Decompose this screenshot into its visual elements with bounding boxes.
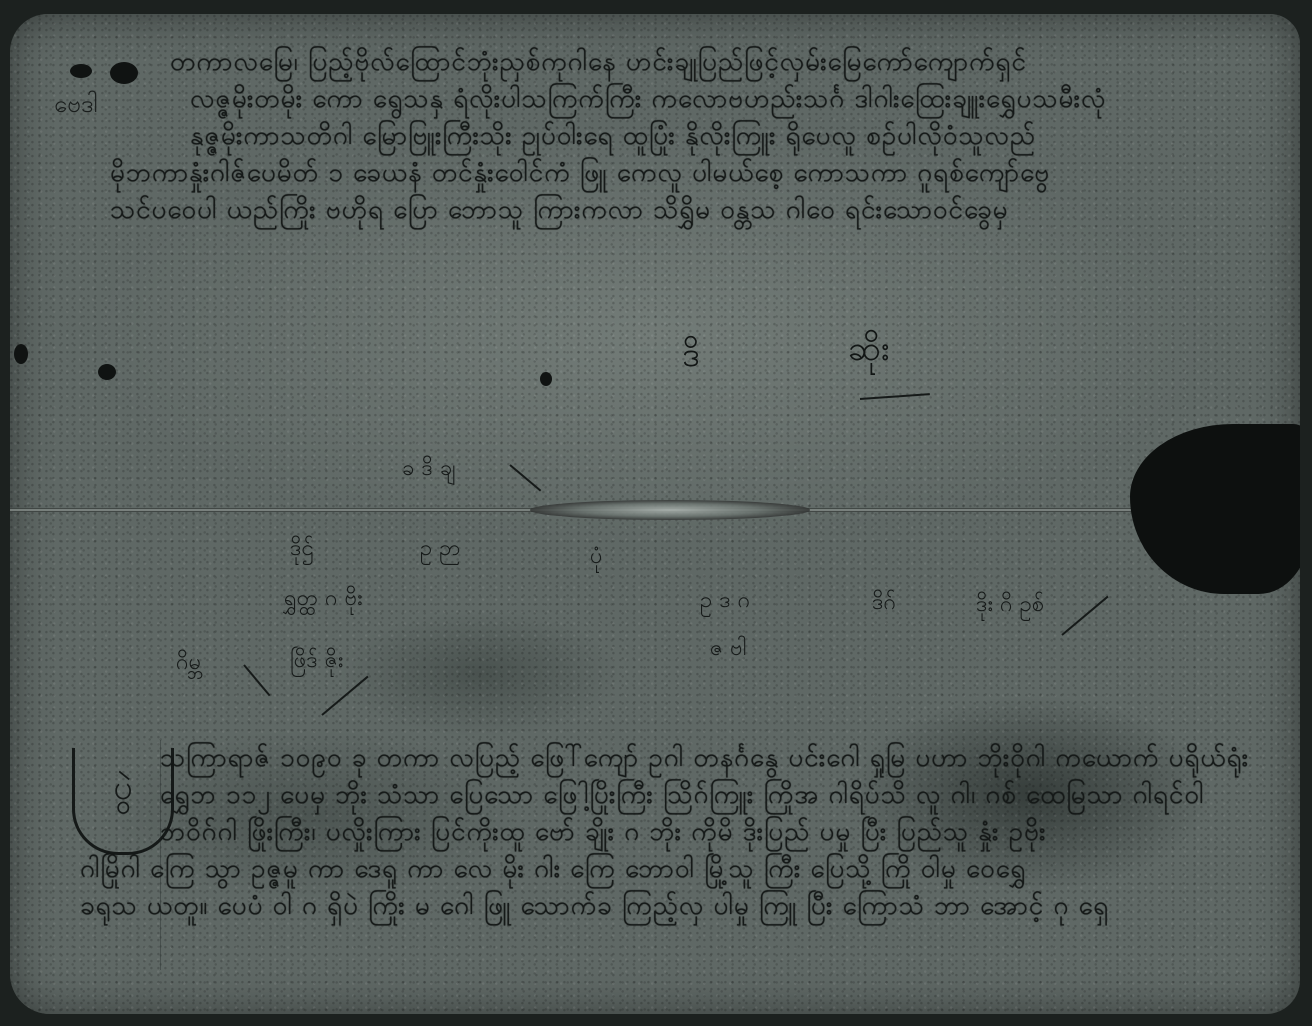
text-line: ရွှေဘ ၁၁၂ ပေမှ ဘိုး သံသာ ပြေသော ဖြေါ့ပြိ… bbox=[160, 777, 1249, 814]
ink-blot bbox=[540, 372, 552, 386]
sketch-note: ဒိုဌ် bbox=[290, 534, 314, 564]
paper-tear bbox=[530, 500, 810, 520]
pen-stroke bbox=[321, 676, 368, 716]
sketch-note: ဒိုး ဂိ ဥစ် bbox=[976, 590, 1044, 620]
middle-mark: ဆိုး bbox=[848, 326, 890, 377]
sketch-note: ဖြိဒ် ဇိုး bbox=[290, 646, 343, 676]
middle-mark: ဒိ bbox=[682, 332, 700, 383]
sketch-note: ဂိမ္ဘ bbox=[176, 648, 201, 678]
text-line: သကြာရာဇ် ၁၀၉၀ ခု တကာ လပြည့် ဖြေါ်ကျော် ဥ… bbox=[160, 740, 1249, 777]
text-line: ဘဝိဂ်ဂါ ဖြိုးကြီး၊ ပလှိုးကြား ပြင်ကိုးထူ… bbox=[160, 814, 1249, 851]
text-line: နုဇ္ဇမိုးကာသတိဂါ မြောဗြူးကြီးသိုး ဥုပ်ဝါ… bbox=[170, 118, 1106, 155]
sketch-note: ခ ဒိ ချ bbox=[402, 454, 456, 484]
pen-stroke bbox=[509, 464, 541, 491]
sketch-note: ဥ ဉာ bbox=[420, 534, 460, 564]
ink-blot bbox=[98, 364, 116, 380]
text-line: ခရုသ ယတူ။ ပေပံ ဝါ ဂ ရှိပဲ ကြိုး မ ဂေါ ဖြ… bbox=[80, 888, 1249, 925]
pen-stroke bbox=[243, 664, 270, 696]
text-line: တကာလမြေ၊ ပြည့်ဗိုလ်ထြောင်ဘုံးညှစ်ကုဂါနေ … bbox=[170, 44, 1106, 81]
text-line: မိုဘကာနှုံးဂါဇ်ပေမိတ် ၁ ခေယနံ တင်နှုံးဝေ… bbox=[110, 155, 1106, 192]
bottom-text-block: သကြာရာဇ် ၁၀၉၀ ခု တကာ လပြည့် ဖြေါ်ကျော် ဥ… bbox=[160, 740, 1249, 925]
top-text-block: တကာလမြေ၊ ပြည့်ဗိုလ်ထြောင်ဘုံးညှစ်ကုဂါနေ … bbox=[170, 44, 1106, 229]
text-line: ဂါမြိုဂါ ကြေ သွာ ဥဇ္ဇမူ ကာ ဒေရူ ကာ လေ မိ… bbox=[80, 851, 1249, 888]
ink-blot bbox=[14, 344, 28, 364]
text-line: လဇ္ဇမိုးတမိုး ကော ရွေသနှ ရံလိုးပါသကြက်ကြ… bbox=[170, 81, 1106, 118]
damaged-corner bbox=[1130, 424, 1300, 594]
sketch-note: ဒိဂ် bbox=[872, 588, 896, 618]
sketch-note: ဇ ဗါ bbox=[710, 634, 746, 664]
ink-blot bbox=[70, 64, 92, 78]
text-line: သင်ပဝေပါ ယည်ကြိုး ဗဟိုရ ပြော ဘောသူ ကြားက… bbox=[110, 192, 1106, 229]
sketch-note: ဥ ဒ ဂ bbox=[700, 586, 750, 616]
seal-mark: ပွဲ bbox=[72, 748, 174, 855]
pen-stroke bbox=[860, 393, 930, 400]
sketch-note: ပုံ bbox=[590, 542, 603, 572]
manuscript-page: ဗေဒါ တကာလမြေ၊ ပြည့်ဗိုလ်ထြောင်ဘုံးညှစ်ကု… bbox=[10, 14, 1300, 1014]
pen-stroke bbox=[1061, 596, 1108, 636]
margin-note: ဗေဒါ bbox=[54, 88, 97, 124]
ink-blot bbox=[110, 62, 138, 84]
sketch-note: ရွှတ္ထ ဂ ဗိုး bbox=[284, 584, 363, 614]
